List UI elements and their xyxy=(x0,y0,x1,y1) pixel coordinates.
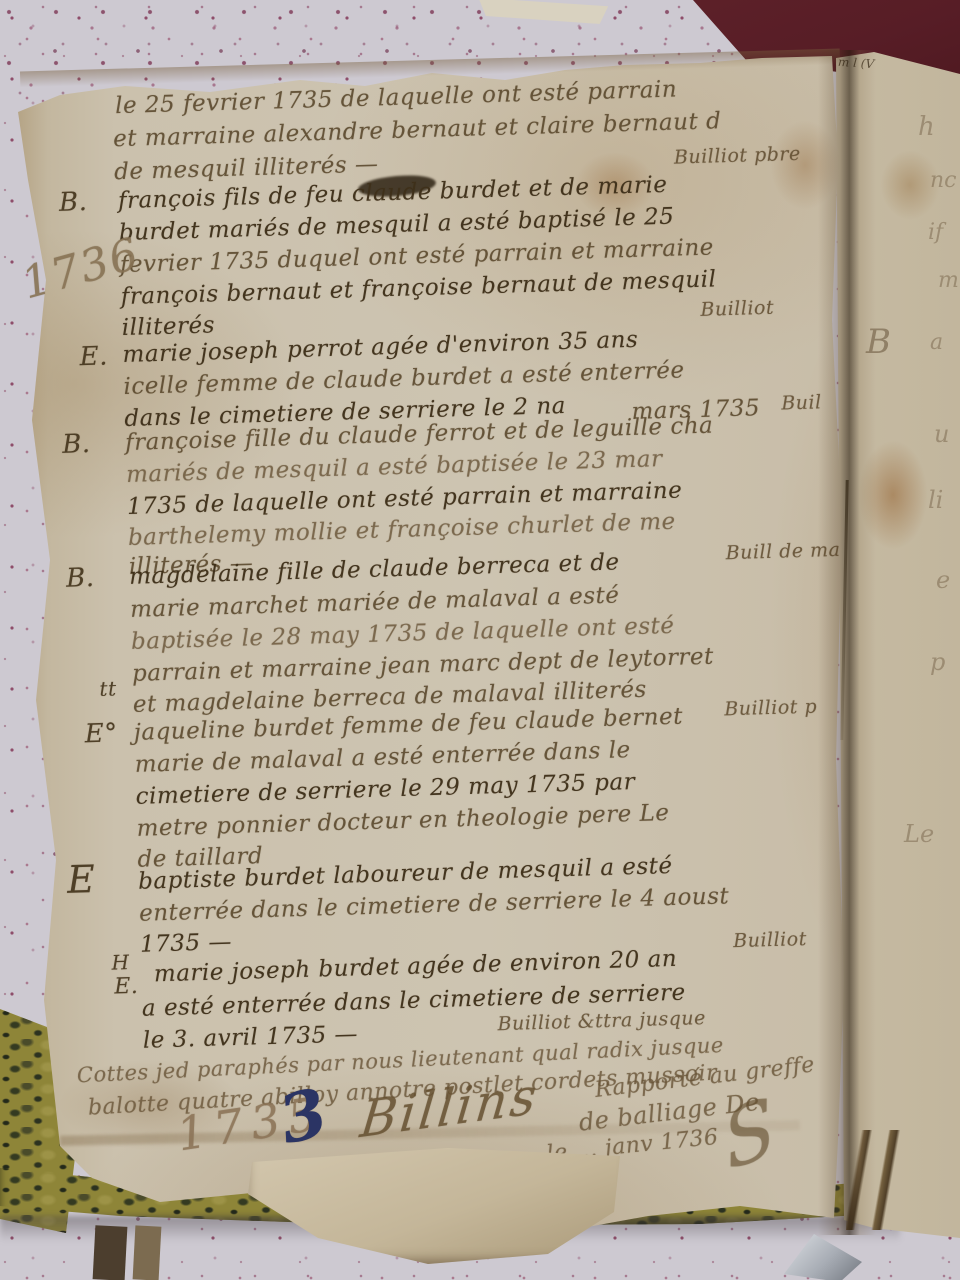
margin-mark-burial: E. xyxy=(114,974,139,1000)
priest-signature: Builliot pbre xyxy=(674,143,801,169)
margin-mark-burial: E° xyxy=(84,718,118,749)
handwritten-text-layer: le 25 fevrier 1735 de laquelle ont esté … xyxy=(0,0,960,1280)
priest-signature: Builliot xyxy=(700,297,774,321)
margin-mark-baptism: B. xyxy=(62,429,91,460)
entry-line: de mesquil illiterés — xyxy=(114,151,379,185)
signature-flourish: S xyxy=(717,1081,783,1189)
entry-line: 1735 — xyxy=(140,929,233,958)
photo-of-parish-register: m l (V h nc if m B a u li e p Le le 25 f… xyxy=(0,0,960,1280)
margin-mark-baptism: B. xyxy=(66,563,95,594)
gutter-fold-shadow xyxy=(818,50,876,1235)
priest-signature: Builliot xyxy=(733,928,807,952)
entry-line: illiterés xyxy=(121,312,215,341)
wooden-slat xyxy=(93,1225,128,1280)
margin-mark-burial: E. xyxy=(79,341,108,372)
margin-mark-baptism: B. xyxy=(59,187,88,218)
priest-signature: Builliot &ttra jusque xyxy=(497,1007,706,1035)
margin-mark: H xyxy=(111,950,130,975)
priest-signature: Builliot p xyxy=(724,696,817,721)
margin-mark-burial: E xyxy=(66,857,96,902)
wooden-slat xyxy=(133,1225,162,1280)
priest-signature: Buil xyxy=(781,391,822,414)
entry-line: le 3. avril 1735 — xyxy=(143,1021,359,1053)
margin-mark: tt xyxy=(99,676,117,700)
